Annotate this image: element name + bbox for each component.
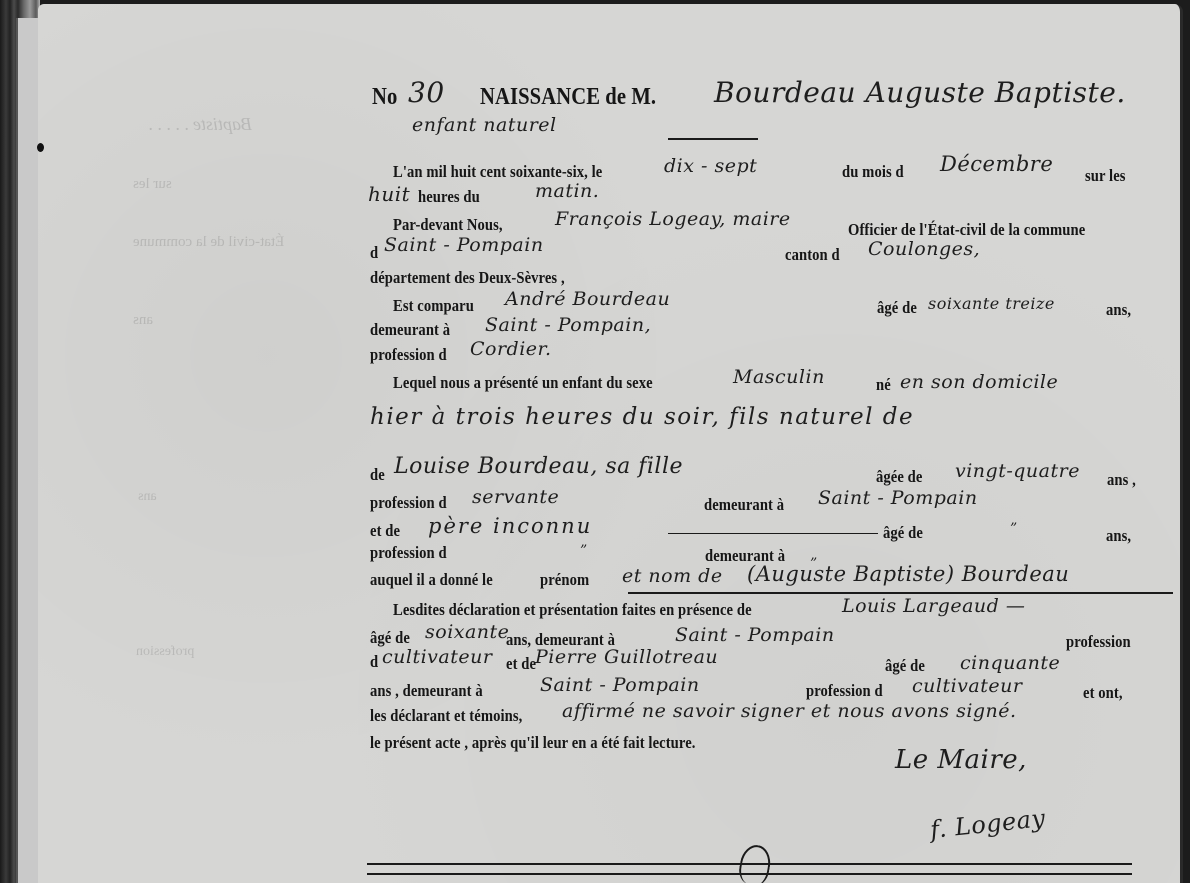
print-text: le présent acte , après qu'il leur en a … [370,733,696,753]
record-subtitle: enfant naturel [412,114,557,136]
print-text: et ont, [1083,683,1123,703]
birth-hour: huit [368,182,410,206]
witness2-name: Pierre Guillotreau [535,646,718,668]
mother-name: Louise Bourdeau, sa fille [394,454,683,479]
commune-name: Saint - Pompain [384,234,544,256]
print-text: profession [1066,632,1131,652]
birth-month: Décembre [940,152,1053,176]
child-sex: Masculin [733,366,825,388]
print-text: prénom [540,570,589,590]
page-blemish [37,143,44,152]
print-text: auquel il a donné le [370,570,493,590]
print-text: né [876,375,891,395]
declarant-profession: Cordier. [470,338,552,360]
record-number-label: No [372,84,397,111]
print-text: d [370,652,378,672]
birth-day: dix - sept [664,155,757,177]
print-text: Lequel nous a présenté un enfant du sexe [393,373,653,393]
print-text: Par-devant Nous, [393,215,503,235]
print-text: Officier de l'État-civil de la commune [848,220,1085,240]
birth-place: en son domicile [900,371,1058,393]
name-underline [628,592,1173,594]
witness2-profession: cultivateur [912,675,1022,697]
print-text: et de [370,521,400,541]
print-text: département des Deux-Sèvres , [370,268,565,288]
print-text: demeurant à [370,320,450,340]
declarant-age: soixante treize [928,294,1055,313]
print-text: du mois d [842,162,904,182]
witness2-age: cinquante [960,652,1060,674]
record-title: NAISSANCE de M. [480,84,656,111]
bleed-through-text: sur les [133,176,172,193]
print-text: âgé de [885,656,925,676]
print-text: âgé de [877,298,917,318]
given-names: (Auguste Baptiste) Bourdeau [747,562,1069,586]
ditto-mark: ” [580,543,588,559]
father-name: père inconnu [428,514,592,538]
witness1-age: soixante [425,621,509,643]
fill-line [668,533,878,534]
print-text: profession d [370,543,447,563]
print-text: ans , demeurant à [370,681,483,701]
declarant-name: André Bourdeau [505,288,670,310]
officer-name: François Logeay, maire [555,208,791,230]
ditto-mark: ” [1010,521,1018,537]
print-text: ans, [1106,526,1131,546]
mother-age: vingt-quatre [955,460,1080,482]
time-of-day: matin. [535,180,599,202]
bleed-through-text: État-civil de la commune [133,234,284,251]
print-text: ans , [1107,470,1136,490]
print-text: sur les [1085,166,1126,186]
witness1-profession: cultivateur [382,646,492,668]
bleed-through-text: ans [133,312,153,329]
print-text: Lesdites déclaration et présentation fai… [393,600,752,620]
naming-text: et nom de [622,565,723,587]
print-text: Est comparu [393,296,474,316]
witness2-residence: Saint - Pompain [540,674,700,696]
bleed-through-text: ans [138,489,157,505]
print-text: demeurant à [704,495,784,515]
record-number: 30 [408,76,445,109]
mayor-title: Le Maire, [895,745,1027,775]
print-text: âgée de [876,467,922,487]
print-text: les déclarant et témoins, [370,706,522,726]
bleed-through-text: profession [136,644,194,660]
bleed-through-text: Baptiste . . . . . [148,114,252,135]
print-text: profession d [806,681,883,701]
print-text: profession d [370,493,447,513]
print-text: canton d [785,245,840,265]
header-underline [668,138,758,140]
print-text: heures du [418,187,480,207]
canton-name: Coulonges, [868,238,980,260]
signature-statement: affirmé ne savoir signer et nous avons s… [562,700,1017,722]
mother-profession: servante [472,486,559,508]
child-name-header: Bourdeau Auguste Baptiste. [714,76,1126,109]
print-text: âgé de [883,523,923,543]
print-text: et de [506,654,536,674]
print-text: de [370,465,385,485]
print-text: profession d [370,345,447,365]
birth-details: hier à trois heures du soir, fils nature… [370,404,914,430]
print-text: âgé de [370,628,410,648]
print-text: d [370,243,378,263]
declarant-residence: Saint - Pompain, [485,314,651,336]
witness1-name: Louis Largeaud — [842,595,1025,617]
print-text: ans, [1106,300,1131,320]
mother-residence: Saint - Pompain [818,487,978,509]
print-text: L'an mil huit cent soixante-six, le [393,162,602,182]
witness1-residence: Saint - Pompain [675,624,835,646]
